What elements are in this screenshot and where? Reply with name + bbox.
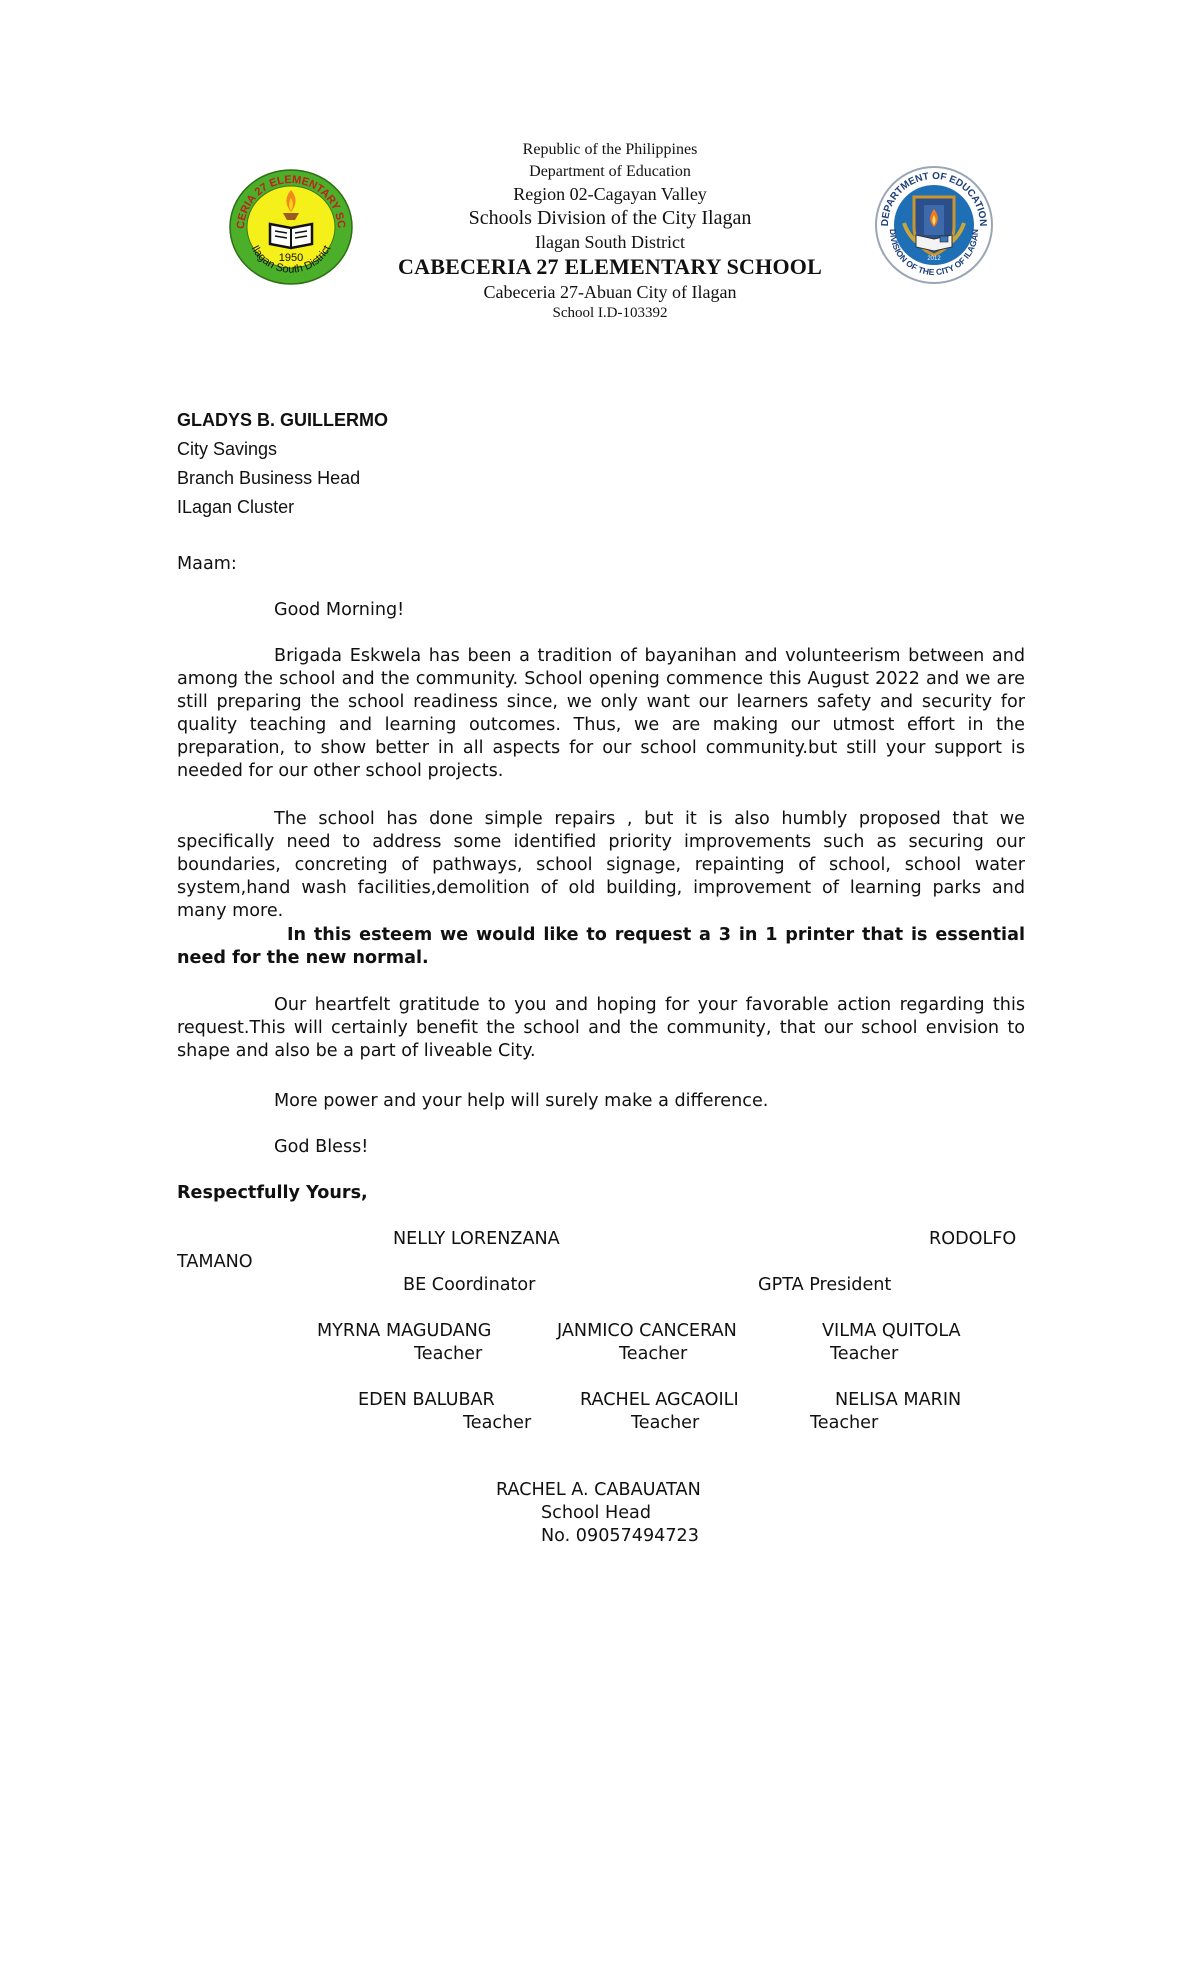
signatory-name: VILMA QUITOLA bbox=[822, 1320, 961, 1343]
signatory-name: NELLY LORENZANA bbox=[393, 1228, 560, 1251]
signatory-title: GPTA President bbox=[758, 1274, 891, 1297]
addressee-line: City Savings bbox=[177, 435, 388, 464]
signatory-title: Teacher bbox=[463, 1412, 531, 1435]
signatory-title: Teacher bbox=[631, 1412, 699, 1435]
signatory-name: RACHEL AGCAOILI bbox=[580, 1389, 739, 1412]
letter-page: CABECERIA 27 ELEMENTARY SCHOOL Ilagan So… bbox=[0, 0, 1200, 1976]
signatory-name: NELISA MARIN bbox=[835, 1389, 961, 1412]
signatory-title: Teacher bbox=[619, 1343, 687, 1366]
deped-division-seal-logo: DEPARTMENT OF EDUCATION DIVISION OF THE … bbox=[874, 165, 994, 285]
school-id: School I.D-103392 bbox=[360, 306, 860, 321]
greeting: Good Morning! bbox=[177, 599, 1122, 622]
signatory-name: RODOLFO bbox=[929, 1228, 1016, 1251]
signatory-name: TAMANO bbox=[177, 1251, 253, 1274]
signatory-name: MYRNA MAGUDANG bbox=[317, 1320, 491, 1343]
addressee-name: GLADYS B. GUILLERMO bbox=[177, 406, 388, 435]
salutation: Maam: bbox=[177, 553, 1025, 576]
addressee-line: Branch Business Head bbox=[177, 464, 388, 493]
signatory-title: Teacher bbox=[830, 1343, 898, 1366]
letterhead-line: Schools Division of the City Ilagan bbox=[360, 208, 860, 228]
signatory-title: Teacher bbox=[414, 1343, 482, 1366]
svg-text:1950: 1950 bbox=[279, 252, 303, 264]
closing-line: God Bless! bbox=[177, 1136, 1122, 1159]
school-head-contact: No. 09057494723 bbox=[541, 1525, 699, 1548]
request-paragraph: In this esteem we would like to request … bbox=[177, 924, 1025, 970]
signatory-title: Teacher bbox=[810, 1412, 878, 1435]
letterhead-line: Ilagan South District bbox=[360, 233, 860, 251]
complimentary-close: Respectfully Yours, bbox=[177, 1182, 1025, 1205]
signatory-name: EDEN BALUBAR bbox=[358, 1389, 495, 1412]
body-paragraph: Our heartfelt gratitude to you and hopin… bbox=[177, 994, 1025, 1063]
signatory-name: JANMICO CANCERAN bbox=[557, 1320, 737, 1343]
svg-text:2012: 2012 bbox=[927, 256, 941, 262]
letterhead-line: Republic of the Philippines bbox=[360, 142, 860, 158]
signatory-title: BE Coordinator bbox=[403, 1274, 535, 1297]
school-head-title: School Head bbox=[541, 1502, 651, 1525]
letterhead-line: Cabeceria 27-Abuan City of Ilagan bbox=[360, 283, 860, 301]
addressee-line: ILagan Cluster bbox=[177, 493, 388, 522]
school-name: CABECERIA 27 ELEMENTARY SCHOOL bbox=[360, 256, 860, 278]
letterhead-line: Department of Education bbox=[360, 164, 860, 180]
school-head-name: RACHEL A. CABAUATAN bbox=[496, 1479, 701, 1502]
addressee-block: GLADYS B. GUILLERMO City Savings Branch … bbox=[177, 406, 388, 522]
body-paragraph: The school has done simple repairs , but… bbox=[177, 808, 1025, 923]
letterhead-line: Region 02-Cagayan Valley bbox=[360, 185, 860, 203]
letterhead: Republic of the Philippines Department o… bbox=[360, 142, 860, 321]
body-paragraph: Brigada Eskwela has been a tradition of … bbox=[177, 645, 1025, 783]
school-seal-logo: CABECERIA 27 ELEMENTARY SCHOOL Ilagan So… bbox=[228, 168, 354, 286]
closing-line: More power and your help will surely mak… bbox=[177, 1090, 1122, 1113]
